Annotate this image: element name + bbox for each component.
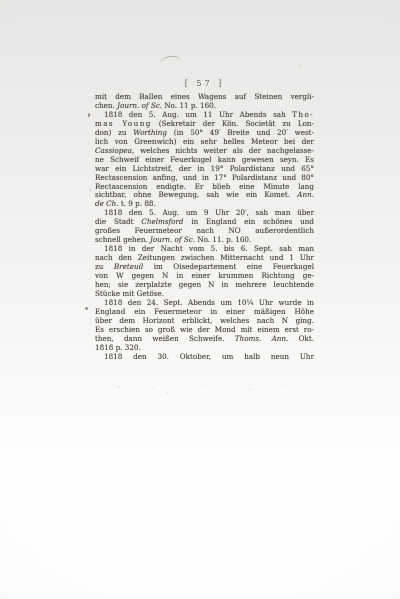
paragraph: 1818 den 5. Aug. um 9 Uhr 20′, sah man ü… — [95, 209, 314, 245]
paragraph: 1818 den 5. Aug. um 11 Uhr Abends sah Th… — [95, 111, 314, 209]
paragraph: mit dem Ballen eines Wagens auf Steinen … — [95, 93, 314, 111]
scan-smudge — [160, 55, 181, 64]
scan-speckle — [131, 391, 133, 393]
paragraph: 1818 den 30. Oktober, um halb neun Uhr — [95, 353, 314, 362]
text-block: mit dem Ballen eines Wagens auf Steinen … — [95, 93, 314, 362]
margin-mark — [85, 307, 88, 310]
scan-speckle — [152, 388, 154, 389]
paragraph: 1818 in der Nacht vom 5. bis 6. Sept. sa… — [95, 245, 314, 299]
scan-speckle — [300, 64, 302, 66]
scan-speckle — [249, 388, 251, 390]
scanned-book-page: [ 57 ] mit dem Ballen eines Wagens auf S… — [0, 0, 400, 599]
margin-mark — [88, 113, 91, 117]
paragraph: 1818 den 24. Sept. Abends um 10¼ Uhr wur… — [95, 299, 314, 353]
scan-speckle — [166, 392, 168, 394]
text-line: 1818 den 30. Oktober, um halb neun Uhr — [95, 353, 314, 362]
scan-speckle — [205, 385, 207, 386]
scan-speckle — [118, 386, 120, 388]
scan-speckle — [296, 388, 297, 389]
margin-mark — [90, 189, 91, 191]
scan-speckle — [281, 384, 283, 385]
page-number: [ 57 ] — [95, 79, 314, 88]
